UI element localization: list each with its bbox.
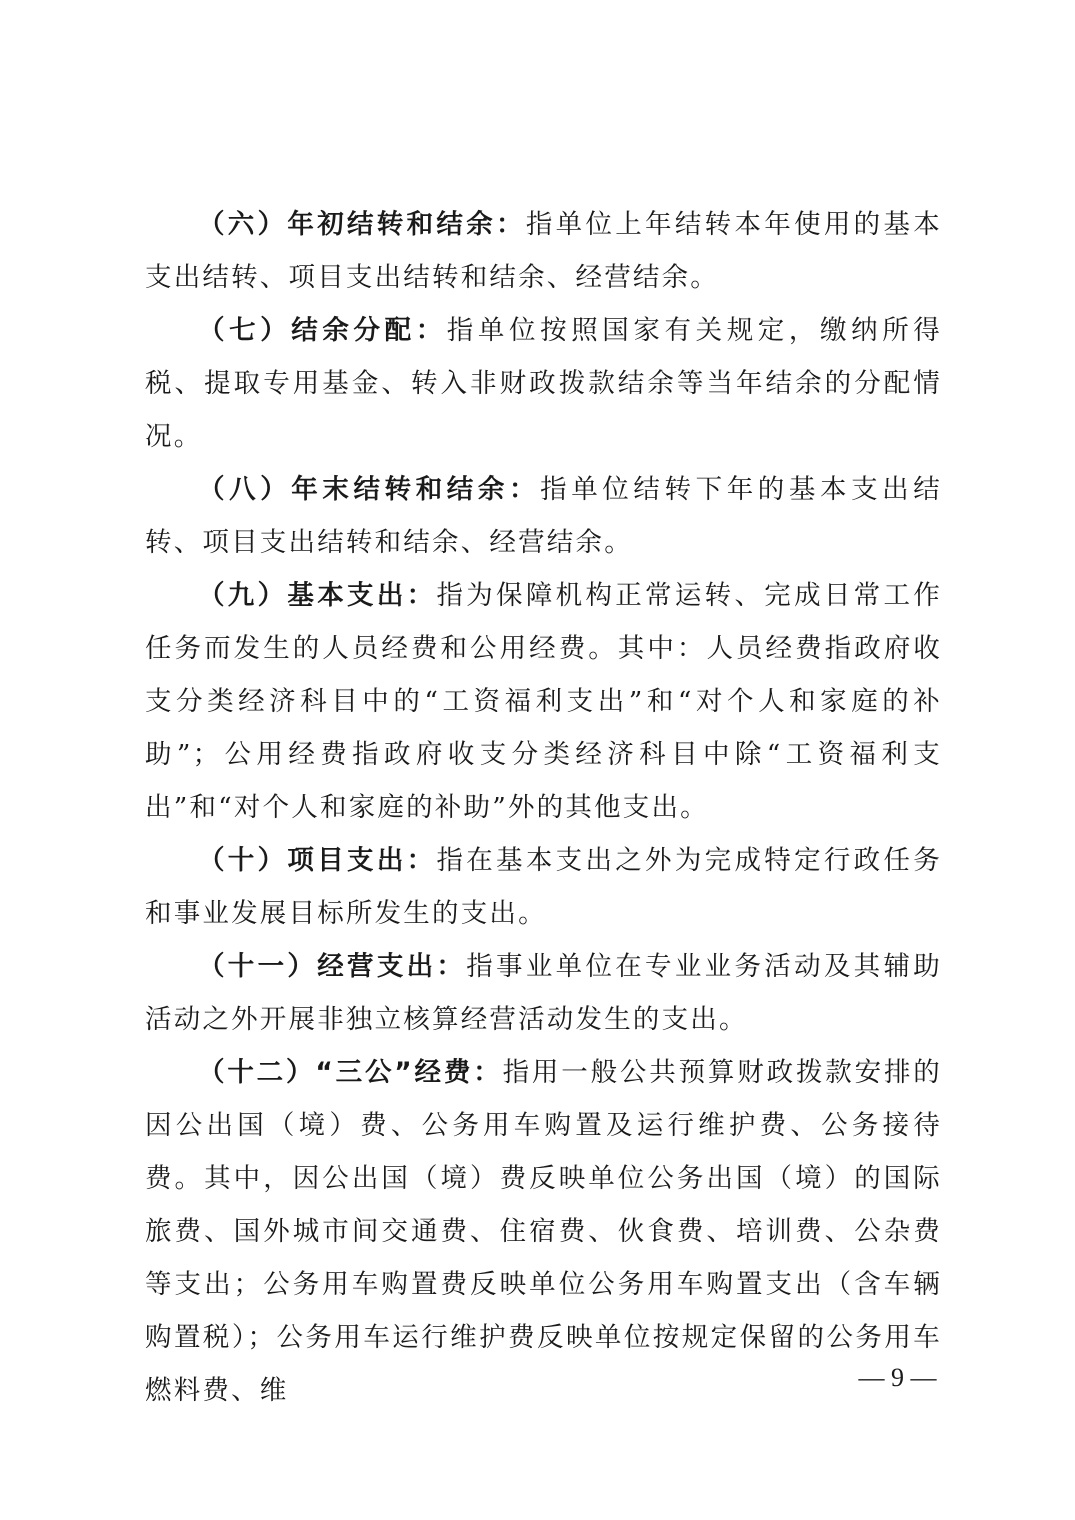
term-heading: （六）年初结转和结余： (198, 209, 526, 240)
term-heading: （八）年末结转和结余： (198, 474, 540, 505)
paragraph-basic-expenditure: （九）基本支出：指为保障机构正常运转、完成日常工作任务而发生的人员经费和公用经费… (145, 569, 942, 834)
paragraph-project-expenditure: （十）项目支出：指在基本支出之外为完成特定行政任务和事业发展目标所发生的支出。 (145, 834, 942, 940)
document-page: （六）年初结转和结余：指单位上年结转本年使用的基本支出结转、项目支出结转和结余、… (145, 198, 942, 1417)
term-definition: 指为保障机构正常运转、完成日常工作任务而发生的人员经费和公用经费。其中：人员经费… (145, 580, 942, 823)
paragraph-year-end-carryover: （八）年末结转和结余：指单位结转下年的基本支出结转、项目支出结转和结余、经营结余… (145, 463, 942, 569)
page-number: — 9 — (850, 1360, 945, 1396)
term-heading: （九）基本支出： (198, 580, 436, 611)
term-heading: （七）结余分配： (198, 315, 447, 346)
paragraph-three-public-expenses: （十二）“三公”经费：指用一般公共预算财政拨款安排的因公出国（境）费、公务用车购… (145, 1046, 942, 1417)
paragraph-year-start-carryover: （六）年初结转和结余：指单位上年结转本年使用的基本支出结转、项目支出结转和结余、… (145, 198, 942, 304)
term-heading: （十二）“三公”经费： (198, 1057, 503, 1088)
paragraph-surplus-distribution: （七）结余分配：指单位按照国家有关规定，缴纳所得税、提取专用基金、转入非财政拨款… (145, 304, 942, 463)
term-heading: （十）项目支出： (198, 845, 436, 876)
term-heading: （十一）经营支出： (198, 951, 466, 982)
term-definition: 指用一般公共预算财政拨款安排的因公出国（境）费、公务用车购置及运行维护费、公务接… (145, 1057, 942, 1406)
paragraph-operating-expenditure: （十一）经营支出：指事业单位在专业业务活动及其辅助活动之外开展非独立核算经营活动… (145, 940, 942, 1046)
